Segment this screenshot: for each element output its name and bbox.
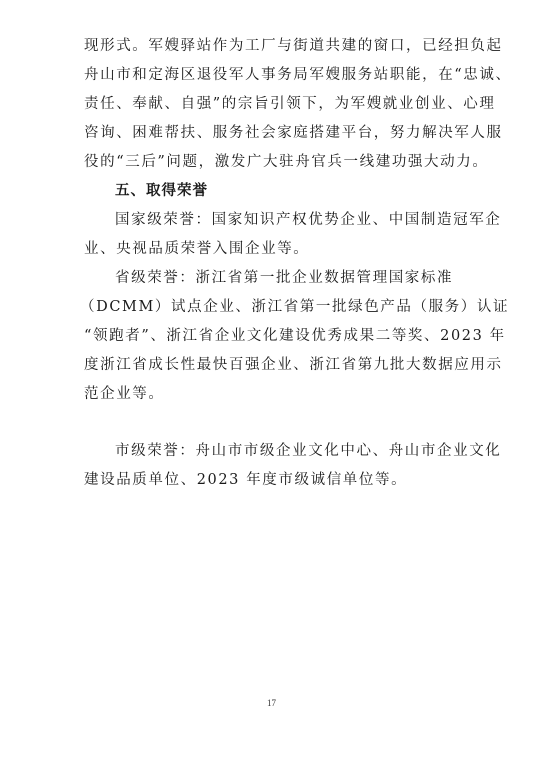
section-heading: 五、取得荣誉: [115, 181, 462, 201]
text-line: 役的“三后”问题，激发广大驻舟官兵一线建功强大动力。: [84, 152, 462, 172]
text-line: 建设品质单位、2023 年度市级诚信单位等。: [84, 470, 462, 490]
text-line: 省级荣誉：浙江省第一批企业数据管理国家标准: [115, 268, 462, 288]
text-line: 舟山市和定海区退役军人事务局军嫂服务站职能，在“忠诚、: [84, 65, 462, 85]
text-line: 范企业等。: [84, 384, 462, 404]
text-line: 咨询、困难帮扶、服务社会家庭搭建平台，努力解决军人服: [84, 123, 462, 143]
text-line: 责任、奉献、自强”的宗旨引领下，为军嫂就业创业、心理: [84, 94, 462, 114]
document-page: 现形式。军嫂驿站作为工厂与街道共建的窗口，已经担负起 舟山市和定海区退役军人事务…: [0, 0, 543, 768]
text-line: 度浙江省成长性最快百强企业、浙江省第九批大数据应用示: [84, 355, 462, 375]
text-line: “领跑者”、浙江省企业文化建设优秀成果二等奖、2023 年: [84, 326, 462, 346]
text-line: 现形式。军嫂驿站作为工厂与街道共建的窗口，已经担负起: [84, 36, 462, 56]
text-line: 市级荣誉：舟山市市级企业文化中心、舟山市企业文化: [115, 441, 462, 461]
text-line: 国家级荣誉：国家知识产权优势企业、中国制造冠军企: [115, 210, 462, 230]
text-line: 业、央视品质荣誉入围企业等。: [84, 239, 462, 259]
text-line: （DCMM）试点企业、浙江省第一批绿色产品（服务）认证: [80, 297, 458, 317]
page-number: 17: [0, 698, 543, 708]
